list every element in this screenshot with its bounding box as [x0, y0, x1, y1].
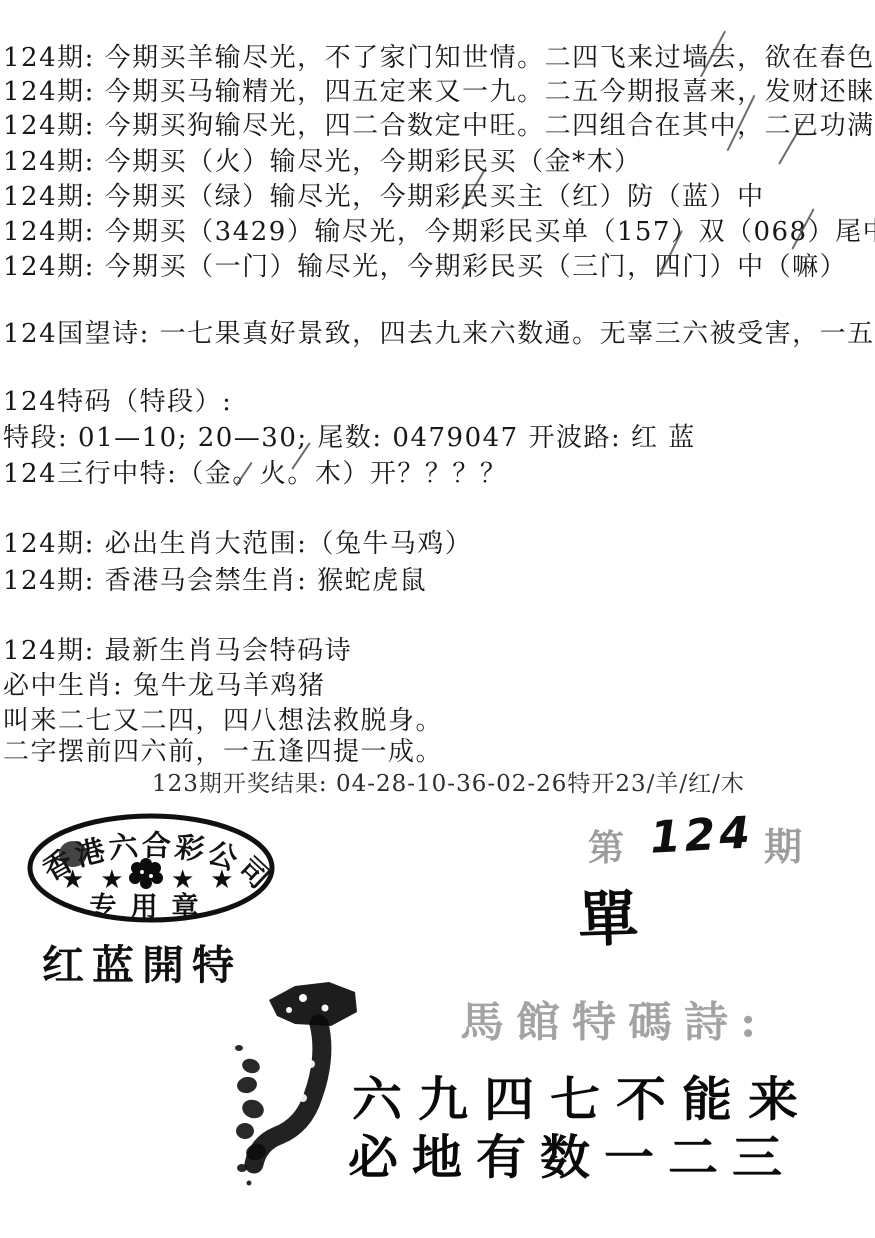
latest-poem-header: 124期: 最新生肖马会特码诗	[3, 635, 352, 667]
code-poem-line-2: 二字摆前四六前，一五逢四提一成。	[3, 736, 443, 768]
special-segments-line: 特段: 01—10; 20—30; 尾数: 0479047 开波路: 红 蓝	[3, 422, 696, 454]
tip-line-green: 124期: 今期买（绿）输尽光，今期彩民买主（红）防（蓝）中	[3, 181, 765, 213]
zodiac-range-line: 124期: 必出生肖大范围:（兔牛马鸡）	[3, 528, 472, 560]
national-poem-line: 124国望诗: 一七果真好景致，四去九来六数通。无辜三六被受害，一五为其喊不平。	[3, 318, 875, 350]
snake-ink-stamp	[233, 978, 365, 1196]
tip-line-doors: 124期: 今期买（一门）输尽光，今期彩民买（三门，四门）中（嘛）	[3, 251, 847, 283]
seal-stars-left: ★★	[61, 865, 140, 895]
ink-smudge	[59, 841, 87, 867]
tip-line-sheep: 124期: 今期买羊输尽光，不了家门知世情。二四飞来过墙去，欲在春色一五家。	[3, 42, 875, 74]
faded-stamp-title: 馬館特碼詩:	[460, 988, 768, 1049]
must-zodiac-line: 必中生肖: 兔牛龙马羊鸡猪	[3, 670, 326, 702]
issue-suffix-char: 期	[764, 816, 802, 871]
special-code-header: 124特码（特段）:	[3, 386, 232, 418]
company-seal-stamp: 香港六合彩公司 ★★ ★★ 专用章	[25, 812, 277, 930]
seal-stars-right: ★★	[171, 865, 250, 895]
tip-line-numbers: 124期: 今期买（3429）输尽光，今期彩民买单（157）双（068）尾中	[3, 216, 875, 248]
big-poem-line-2: 必地有数一二三	[348, 1120, 796, 1188]
issue-prefix-char: 第	[588, 820, 624, 871]
seal-bottom-text: 专用章	[90, 891, 213, 923]
odd-mark-char: 單	[577, 871, 640, 959]
scanned-lottery-tip-sheet: 124期: 今期买羊输尽光，不了家门知世情。二四飞来过墙去，欲在春色一五家。 1…	[0, 0, 875, 1238]
snake-body	[254, 1024, 322, 1164]
three-element-line: 124三行中特:（金。火。木）开？？？？	[3, 458, 507, 490]
red-blue-caption: 红蓝開特	[42, 934, 242, 992]
previous-result-line: 123期开奖结果: 04-28-10-36-02-26特开23/羊/红/木	[152, 768, 745, 800]
code-poem-line-1: 叫来二七又二四，四八想法救脱身。	[3, 705, 443, 737]
tip-line-horse: 124期: 今期买马输精光，四五定来又一九。二五今期报喜来，发财还睐四六开。	[3, 76, 875, 108]
tip-line-fire: 124期: 今期买（火）输尽光，今期彩民买（金*木）	[3, 146, 642, 178]
issue-number: 124	[649, 807, 755, 863]
banned-zodiac-line: 124期: 香港马会禁生肖: 猴蛇虎鼠	[3, 565, 427, 597]
